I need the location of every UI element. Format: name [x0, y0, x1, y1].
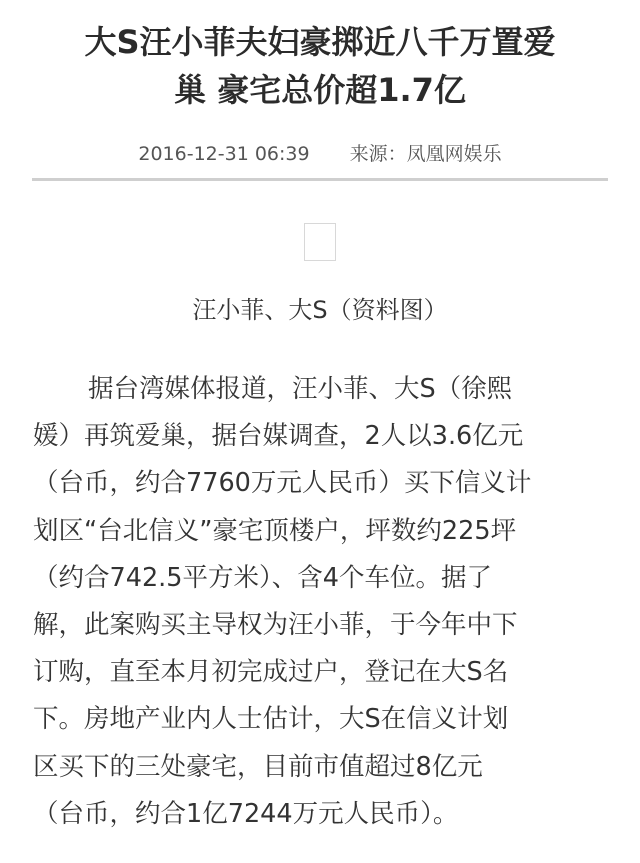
body-line: 媛）再筑爱巢，据台媒调查，2人以3.6亿元 [33, 413, 613, 460]
body-line: 划区“台北信义”豪宅顶楼户，坪数约225坪 [33, 508, 613, 555]
article-source: 来源：凤凰网娱乐 [350, 143, 502, 165]
body-line: 下。房地产业内人士估计，大S在信义计划 [33, 696, 613, 743]
body-line: 区买下的三处豪宅，目前市值超过8亿元 [33, 744, 613, 791]
body-line: 据台湾媒体报道，汪小菲、大S（徐熙 [33, 366, 613, 413]
image-caption: 汪小菲、大S（资料图） [0, 292, 640, 328]
broken-image-icon[interactable] [304, 223, 336, 261]
header-divider [32, 178, 608, 181]
article-title: 大S汪小菲夫妇豪掷近八千万置爱 巢 豪宅总价超1.7亿 [0, 18, 640, 114]
article-meta: 2016-12-31 06:39来源：凤凰网娱乐 [0, 140, 640, 168]
publish-date: 2016-12-31 06:39 [138, 143, 309, 165]
article-body: 据台湾媒体报道，汪小菲、大S（徐熙 媛）再筑爱巢，据台媒调查，2人以3.6亿元 … [33, 366, 613, 838]
article-title-line-1: 大S汪小菲夫妇豪掷近八千万置爱 [0, 18, 640, 66]
body-line: （约合742.5平方米）、含4个车位。据了 [33, 555, 613, 602]
article-title-line-2: 巢 豪宅总价超1.7亿 [0, 66, 640, 114]
body-line: 订购，直至本月初完成过户，登记在大S名 [33, 649, 613, 696]
body-line: （台币，约合7760万元人民币）买下信义计 [33, 460, 613, 507]
body-line: 解，此案购买主导权为汪小菲，于今年中下 [33, 602, 613, 649]
body-line: （台币，约合1亿7244万元人民币）。 [33, 791, 613, 838]
